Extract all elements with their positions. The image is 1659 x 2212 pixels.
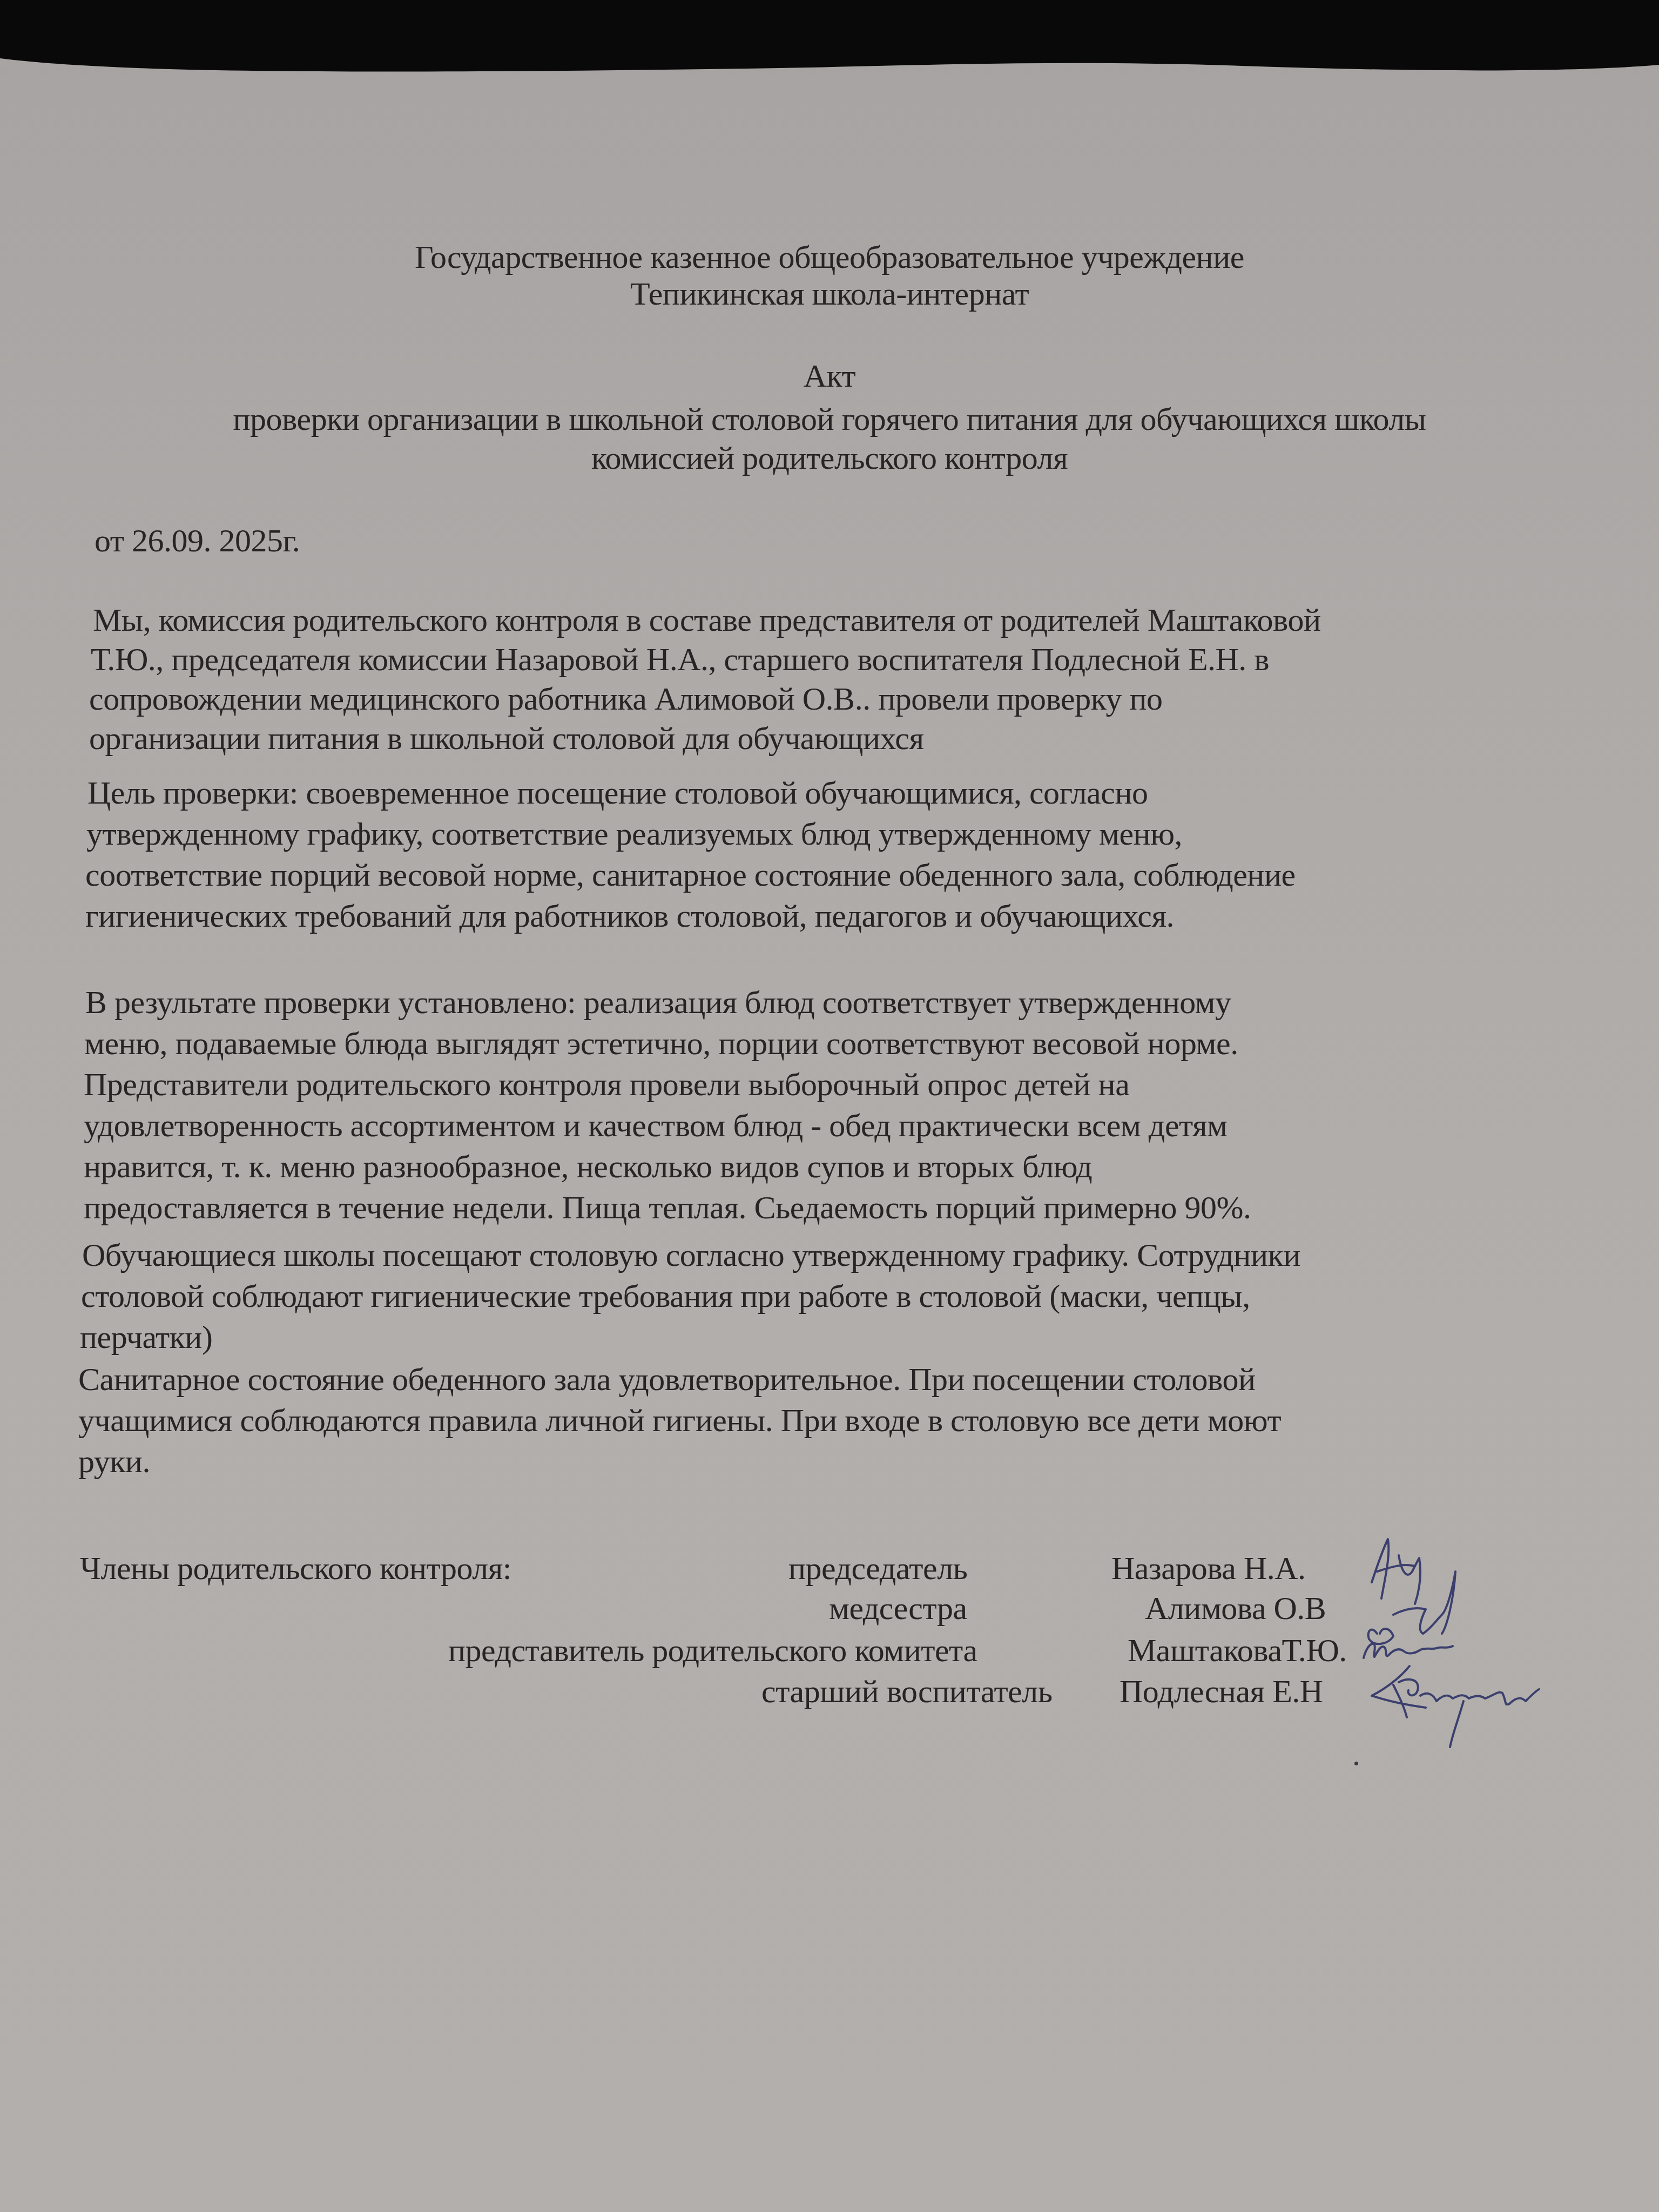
results-line: нравится, т. к. меню разнообразное, неск… bbox=[84, 1147, 1092, 1186]
signature-role: старший воспитатель bbox=[761, 1672, 1053, 1711]
act-subtitle-line1: проверки организации в школьной столовой… bbox=[0, 400, 1659, 439]
results-line: столовой соблюдают гигиенические требова… bbox=[81, 1277, 1250, 1316]
act-subtitle-line2: комиссией родительского контроля bbox=[0, 439, 1659, 477]
signature-role: медсестра bbox=[829, 1589, 967, 1628]
school-name: Тепикинская школа-интернат bbox=[0, 274, 1659, 313]
results-line: меню, подаваемые блюда выглядят эстетичн… bbox=[84, 1024, 1238, 1063]
handwritten-signatures bbox=[1361, 1534, 1659, 1761]
act-title: Акт bbox=[0, 356, 1659, 395]
signature-role: представитель родительского комитета bbox=[448, 1631, 977, 1670]
results-line: учащимися соблюдаются правила личной гиг… bbox=[78, 1401, 1281, 1440]
act-date: от 26.09. 2025г. bbox=[95, 521, 300, 560]
intro-line: сопровождении медицинского работника Али… bbox=[89, 679, 1163, 718]
results-line: В результате проверки установлено: реали… bbox=[85, 983, 1231, 1022]
ink-dot bbox=[1354, 1762, 1358, 1765]
results-line: удовлетворенность ассортиментом и качест… bbox=[84, 1106, 1228, 1145]
signature-podlesnaya bbox=[1372, 1666, 1539, 1747]
intro-line: Т.Ю., председателя комиссии Назаровой Н.… bbox=[91, 640, 1269, 679]
results-line: руки. bbox=[78, 1442, 150, 1481]
signature-nazarova bbox=[1372, 1539, 1420, 1604]
institution-name: Государственное казенное общеобразовател… bbox=[0, 238, 1659, 276]
results-line: Представители родительского контроля про… bbox=[84, 1065, 1129, 1104]
intro-line: Мы, комиссия родительского контроля в со… bbox=[93, 601, 1321, 639]
signature-mashtakova bbox=[1364, 1644, 1453, 1658]
document-page: Государственное казенное общеобразовател… bbox=[0, 0, 1659, 2212]
signature-name: Подлесная Е.Н bbox=[1120, 1672, 1323, 1711]
goal-line: Цель проверки: своевременное посещение с… bbox=[87, 773, 1148, 812]
signature-name: Алимова О.В bbox=[1145, 1589, 1326, 1628]
results-line: предоставляется в течение недели. Пища т… bbox=[84, 1188, 1251, 1227]
intro-line: организации питания в школьной столовой … bbox=[89, 719, 924, 758]
signatures-label: Члены родительского контроля: bbox=[80, 1549, 511, 1588]
signature-alimova bbox=[1368, 1572, 1455, 1644]
goal-line: утвержденному графику, соответствие реал… bbox=[86, 814, 1182, 853]
goal-line: соответствие порций весовой норме, санит… bbox=[85, 855, 1296, 894]
goal-line: гигиенических требований для работников … bbox=[85, 896, 1174, 935]
results-line: Санитарное состояние обеденного зала удо… bbox=[78, 1360, 1256, 1399]
results-line: Обучающиеся школы посещают столовую согл… bbox=[82, 1236, 1300, 1274]
signature-role: председатель bbox=[788, 1549, 967, 1588]
signature-name: МаштаковаТ.Ю. bbox=[1128, 1631, 1347, 1670]
results-line: перчатки) bbox=[80, 1318, 212, 1357]
signature-name: Назарова Н.А. bbox=[1111, 1549, 1306, 1588]
